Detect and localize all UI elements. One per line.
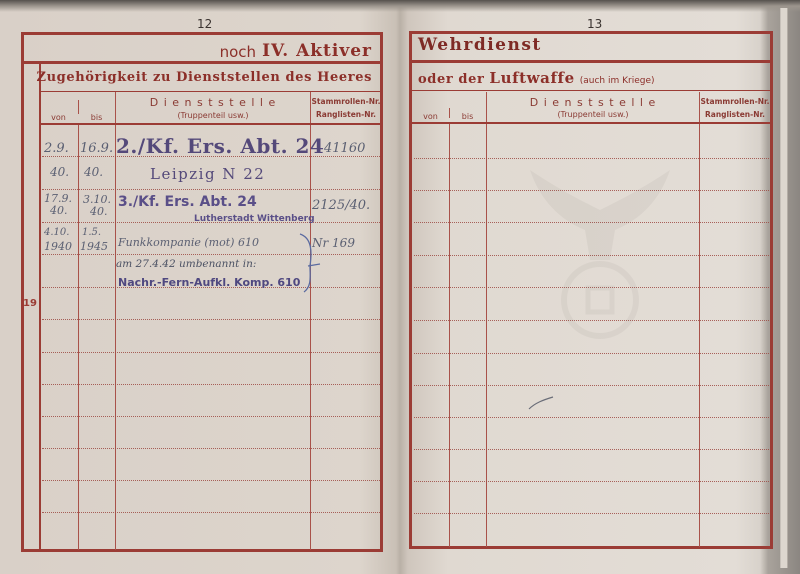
row-line <box>414 481 769 482</box>
side-number: 19 <box>23 298 37 309</box>
row-line <box>414 353 769 354</box>
entry-bis-year: 40. <box>84 165 103 179</box>
unit-stamp: Nachr.-Fern-Aufkl. Komp. 610 <box>118 276 300 289</box>
section-heading-main: Luftwaffe <box>489 69 574 87</box>
handwritten-rename-note: am 27.4.42 umbenannt in: <box>116 258 256 270</box>
divider <box>310 92 311 550</box>
unit-stamp: 3./Kf. Ers. Abt. 24 <box>118 194 257 210</box>
page-number-left: 12 <box>197 17 212 31</box>
row-line <box>414 513 769 514</box>
entry-number: 2125/40. <box>312 198 370 213</box>
col-header-dienststelle: D i e n s t s t e l l e <box>116 96 310 109</box>
pencil-mark-icon <box>527 395 555 411</box>
section-heading-left: Zugehörigkeit zu Dienststellen des Heere… <box>37 70 372 85</box>
col-header-dienststelle: D i e n s t s t e l l e <box>487 96 699 109</box>
handwritten-unit: Funkkompanie (mot) 610 <box>118 236 259 249</box>
eagle-watermark-icon <box>520 150 680 350</box>
title-prefix: noch <box>220 43 256 61</box>
col-header-dienststelle-sub: (Truppenteil usw.) <box>116 111 310 120</box>
divider <box>115 92 116 550</box>
col-header-von: von <box>40 113 77 122</box>
side-margin-rule <box>39 62 41 550</box>
col-header-von: von <box>412 112 449 121</box>
divider <box>40 91 382 92</box>
entry-von-year: 40. <box>50 165 69 179</box>
col-header-dienststelle-sub: (Truppenteil usw.) <box>487 110 699 119</box>
book-top-shadow <box>0 0 800 12</box>
entry-bis-date: 16.9. <box>80 141 113 156</box>
entry-number: 41160 <box>324 141 365 156</box>
col-header-ranglisten: Ranglisten-Nr. <box>310 110 382 119</box>
row-line <box>414 449 769 450</box>
row-line <box>42 448 380 449</box>
row-line <box>42 416 380 417</box>
row-line <box>42 189 380 190</box>
unit-stamp: 2./Kf. Ers. Abt. 24 <box>116 134 324 158</box>
page-edges <box>780 8 788 568</box>
col-header-stammrollen: Stammrollen-Nr. <box>310 97 382 106</box>
page-number-right: 13 <box>587 17 602 31</box>
row-line <box>42 319 380 320</box>
unit-stamp-location: Lutherstadt Wittenberg <box>194 214 315 224</box>
row-line <box>414 417 769 418</box>
divider <box>78 100 79 114</box>
unit-stamp-location: Leipzig N 22 <box>150 165 265 183</box>
entry-bis-year: 40. <box>90 205 108 218</box>
section-heading-prefix: oder der <box>418 72 484 87</box>
divider <box>21 61 383 64</box>
entry-bis-year: 1945 <box>80 240 108 253</box>
divider <box>449 124 450 547</box>
title-main: IV. Aktiver <box>262 41 372 61</box>
divider <box>411 90 771 91</box>
col-header-bis: bis <box>78 113 115 122</box>
row-line <box>42 480 380 481</box>
divider <box>409 60 773 63</box>
row-line <box>42 352 380 353</box>
row-line <box>414 385 769 386</box>
entry-von-date: 2.9. <box>44 141 69 156</box>
section-heading-suffix: (auch im Kriege) <box>580 76 655 86</box>
entry-bis-date: 1.5. <box>82 227 101 238</box>
row-line <box>42 384 380 385</box>
col-header-stammrollen: Stammrollen-Nr. <box>699 97 771 106</box>
entry-von-date: 4.10. <box>44 227 69 238</box>
divider <box>40 123 382 125</box>
col-header-bis: bis <box>449 112 486 121</box>
row-line <box>42 512 380 513</box>
right-title: Wehrdienst <box>418 35 542 55</box>
brace-mark-icon <box>298 232 324 294</box>
divider <box>411 122 771 124</box>
col-header-ranglisten: Ranglisten-Nr. <box>699 110 771 119</box>
left-title: noch IV. Aktiver <box>220 35 372 61</box>
row-line <box>42 254 380 255</box>
entry-von-year: 1940 <box>44 240 72 253</box>
section-heading-right: oder der Luftwaffe (auch im Kriege) <box>418 69 655 87</box>
entry-von-year: 40. <box>50 204 68 217</box>
